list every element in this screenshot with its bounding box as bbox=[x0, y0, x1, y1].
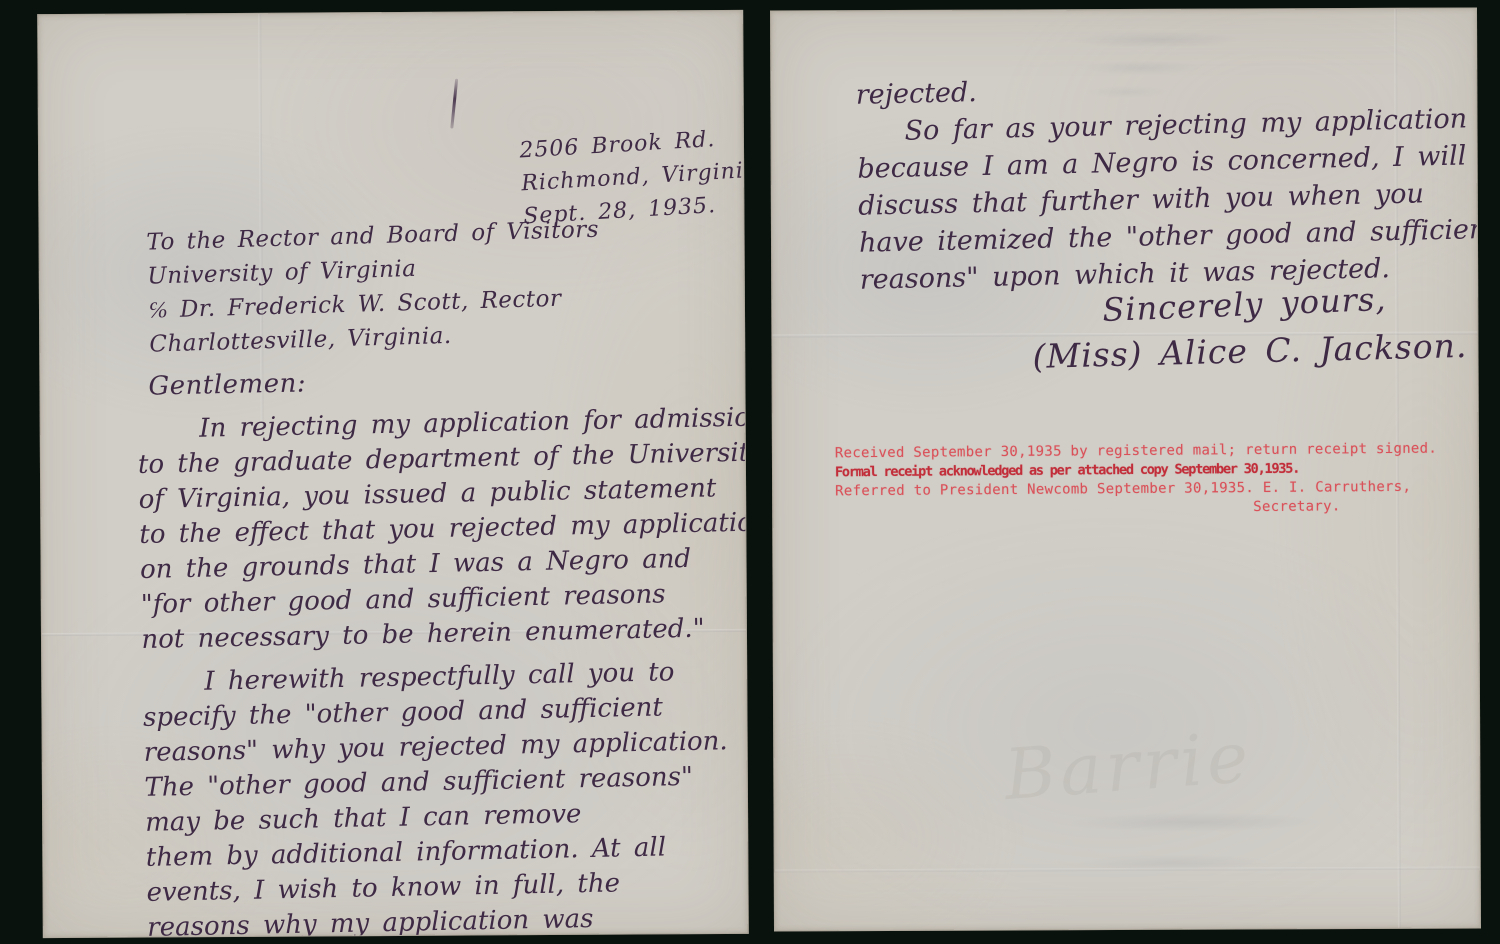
ink-mark bbox=[450, 79, 457, 129]
letter-body-page-1: In rejecting my application for admissio… bbox=[137, 400, 749, 938]
letter-body-page-2: rejected.So far as your rejecting my app… bbox=[855, 63, 1481, 299]
letter-scan: 2506 Brook Rd.Richmond, VirginiaSept. 28… bbox=[0, 0, 1500, 944]
letter-page-2: rejected.So far as your rejecting my app… bbox=[770, 7, 1481, 931]
recipient-address: To the Rector and Board of VisitorsUnive… bbox=[146, 213, 602, 362]
ink-bleed-ghost bbox=[984, 799, 1404, 891]
salutation: Gentlemen: bbox=[148, 368, 306, 401]
letter-page-1: 2506 Brook Rd.Richmond, VirginiaSept. 28… bbox=[37, 10, 749, 938]
registrar-receipt-stamp: Received September 30,1935 by registered… bbox=[835, 440, 1438, 521]
